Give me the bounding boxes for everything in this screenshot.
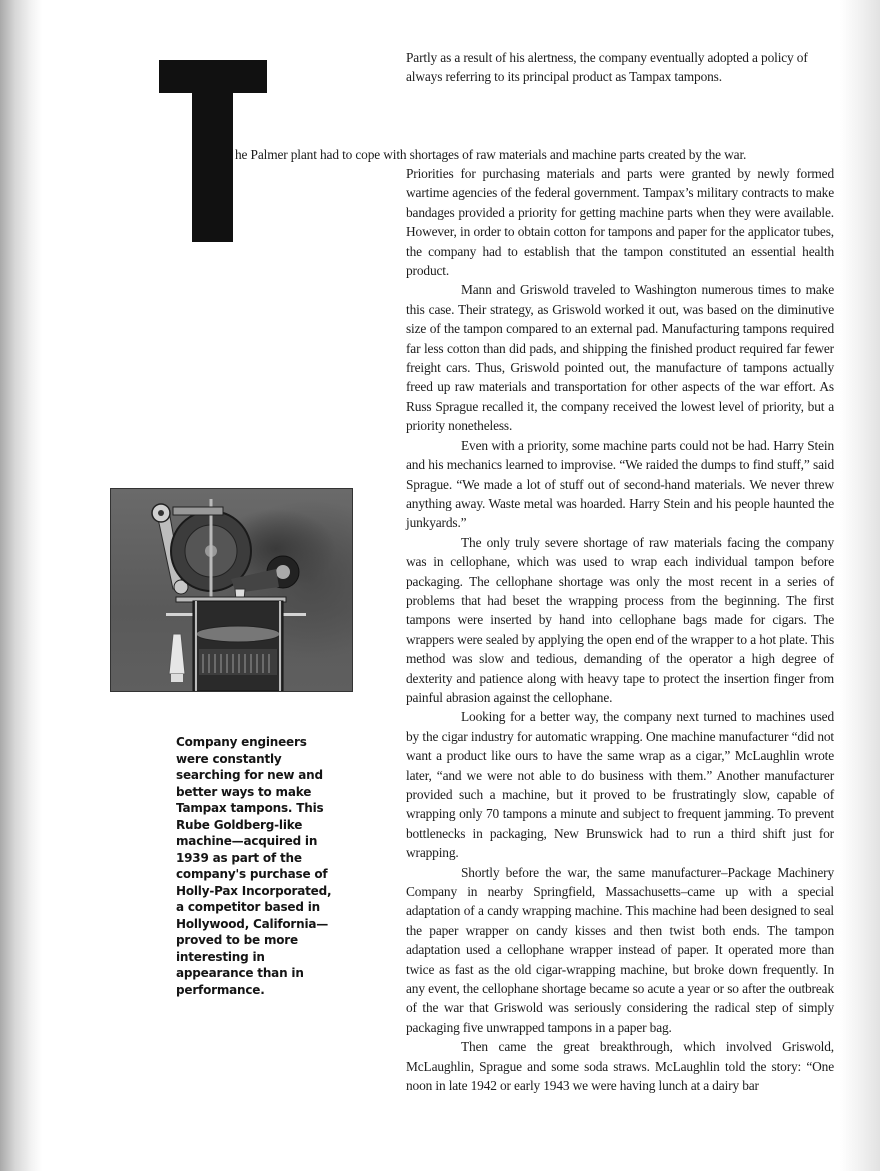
paragraph: Mann and Griswold traveled to Washington… [406, 280, 834, 435]
drop-cap-crossbar [159, 60, 267, 93]
paragraph: Then came the great breakthrough, which … [406, 1037, 834, 1095]
page-gutter-shadow [0, 0, 42, 1171]
paragraph: Even with a priority, some machine parts… [406, 436, 834, 533]
photo-caption: Company engineers were constantly search… [176, 734, 336, 998]
machine-photo [110, 488, 353, 692]
page-edge-shadow [840, 0, 880, 1171]
main-column: Priorities for purchasing materials and … [406, 164, 834, 1096]
paragraph: Priorities for purchasing materials and … [406, 164, 834, 280]
intro-text: Partly as a result of his alertness, the… [406, 48, 834, 87]
wrapping-machine-illustration [111, 489, 352, 691]
paragraph: Looking for a better way, the company ne… [406, 707, 834, 862]
paragraph: Shortly before the war, the same manufac… [406, 863, 834, 1038]
first-line: he Palmer plant had to cope with shortag… [235, 145, 746, 164]
drop-cap-stem [192, 93, 233, 242]
intro-paragraph: Partly as a result of his alertness, the… [406, 48, 834, 87]
paragraph: The only truly severe shortage of raw ma… [406, 533, 834, 708]
